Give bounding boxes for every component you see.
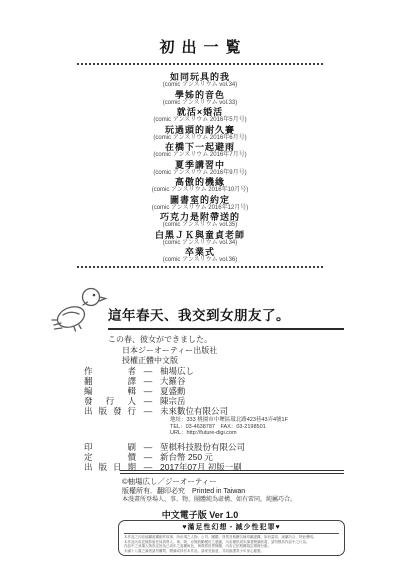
book-title-japanese: この春、彼女ができました。 (108, 334, 344, 345)
rights-line: 版權所有．翻印必究 Printed in Taiwan (122, 487, 296, 497)
entry-source: (comic アンスリウム 2016年6月号) (0, 135, 400, 142)
notice-text-line: 本作品之內容純屬虛構創作故事，所出現之人物、公司、團體、背景及相關名稱均屬虛構，… (124, 535, 339, 540)
entry-source: (comic アンスリウム vol.34) (0, 240, 400, 247)
entry-title: 在橋下一起避雨 (0, 142, 400, 152)
list-item: 白黑ＪＫ與童貞老師 (comic アンスリウム vol.34) (0, 230, 400, 247)
credits-table: 作 者―柚場広し 翻 譯―大羅谷 編 輯―夏盛勳 發行人―陳宗岳 出版發行―未來… (84, 366, 288, 472)
entry-source: (comic アンスリウム 2016年9月号) (0, 170, 400, 177)
credit-separator: ― (136, 396, 160, 406)
credit-value: 陳宗岳 (160, 396, 186, 406)
list-item: 如同玩具的我 (comic アンスリウム vol.34) (0, 72, 400, 89)
dotted-divider-top (77, 63, 323, 65)
entry-title: 玩過頭的耐久賽 (0, 125, 400, 135)
entry-source: (comic アンスリウム vol.35) (0, 222, 400, 229)
entry-source: (comic アンスリウム vol.36) (0, 257, 400, 264)
entry-source: (comic アンスリウム 2016年12月号) (0, 205, 400, 212)
credit-row-editor: 編 輯―夏盛勳 (84, 386, 288, 396)
license-note: 授權正體中文版 (122, 356, 217, 366)
list-item: 在橋下一起避雨 (comic アンスリウム 2016年7月号) (0, 142, 400, 159)
list-item: 圖書室的約定 (comic アンスリウム 2016年12月号) (0, 195, 400, 212)
credit-row-author: 作 者―柚場広し (84, 366, 288, 376)
credit-row-issuer: 發行人―陳宗岳 (84, 396, 288, 406)
credit-value: 新台幣 250 元 (160, 452, 213, 462)
dotted-divider-bottom (77, 266, 323, 268)
title-underline (108, 328, 344, 330)
entry-title: 白黑ＪＫ與童貞老師 (0, 230, 400, 240)
first-publication-section: 初出一覧 如同玩具的我 (comic アンスリウム vol.34) 學姊的音色 … (0, 36, 400, 265)
credit-value: 夏盛勳 (160, 386, 186, 396)
list-item: 卒業式 (comic アンスリウム vol.36) (0, 247, 400, 264)
credit-separator: ― (136, 442, 160, 452)
legal-block: ©柚場広し／ジーオーティー 版權所有．翻印必究 Printed in Taiwa… (122, 477, 296, 504)
colophon-page: 初出一覧 如同玩具的我 (comic アンスリウム vol.34) 學姊的音色 … (0, 0, 400, 561)
publisher-url: URL：http://future-digi.com (170, 430, 288, 437)
list-item: 就活×婚活 (comic アンスリウム 2016年5月号) (0, 107, 400, 124)
credit-value: 柚場広し (160, 366, 194, 376)
credit-label: 印 刷 (84, 442, 136, 452)
credit-label: 翻 譯 (84, 376, 136, 386)
entry-title: 如同玩具的我 (0, 72, 400, 82)
credit-label: 發行人 (84, 396, 136, 406)
notice-text-line: 未滿十八歲之讀者請勿購買、閱讀或持有本作品，請家長留意，共同維護青少年身心健康。 (124, 549, 339, 554)
entry-title: 夏季講習中 (0, 160, 400, 170)
entry-title: 高傲的機緣 (0, 177, 400, 187)
credit-separator: ― (136, 366, 160, 376)
entry-title: 卒業式 (0, 247, 400, 257)
credit-row-price: 定 價―新台幣 250 元 (84, 452, 288, 462)
credit-value: 未來數位有限公司 (160, 406, 228, 416)
notice-box: ♥滿足性幻想・減少性犯罪♥ 本作品之內容純屬虛構創作故事，所出現之人物、公司、團… (118, 520, 345, 556)
credit-row-printer: 印 刷―堃棋科技股份有限公司 (84, 442, 288, 452)
entry-title: 巧克力是附帶送的 (0, 212, 400, 222)
credit-label: 出版發行 (84, 406, 136, 416)
double-rule-divider (120, 470, 344, 474)
bird-doodle-icon (50, 284, 110, 341)
publisher-address: 地址：333 桃園市中壢區環北路423巷43弄4號1F (170, 417, 288, 424)
entry-source: (comic アンスリウム 2016年10月号) (0, 187, 400, 194)
entry-source: (comic アンスリウム vol.34) (0, 82, 400, 89)
list-item: 學姊的音色 (comic アンスリウム vol.33) (0, 90, 400, 107)
entry-source: (comic アンスリウム vol.33) (0, 100, 400, 107)
credit-separator: ― (136, 452, 160, 462)
credit-label: 定 價 (84, 452, 136, 462)
notice-header: ♥滿足性幻想・減少性犯罪♥ (124, 522, 339, 534)
entry-title: 學姊的音色 (0, 90, 400, 100)
copyright-line: ©柚場広し／ジーオーティー (122, 477, 296, 487)
list-item: 巧克力是附帶送的 (comic アンスリウム vol.35) (0, 212, 400, 229)
entry-title: 就活×婚活 (0, 107, 400, 117)
entry-source: (comic アンスリウム 2016年5月号) (0, 117, 400, 124)
publisher-details: 地址：333 桃園市中壢區環北路423巷43弄4號1F TEL：03-46387… (170, 417, 288, 437)
credit-label: 作 者 (84, 366, 136, 376)
entry-source: (comic アンスリウム 2016年7月号) (0, 152, 400, 159)
credit-label: 編 輯 (84, 386, 136, 396)
book-title-block: 這年春天、我交到女朋友了。 この春、彼女ができました。 (108, 304, 344, 345)
origin-publisher: 日本ジーオーティー出版社 (122, 346, 217, 356)
list-item: 高傲的機緣 (comic アンスリウム 2016年10月号) (0, 177, 400, 194)
publisher-tel-fax: TEL：03-4638787 FAX：03-2198501 (170, 424, 288, 431)
credit-separator: ― (136, 376, 160, 386)
list-item: 夏季講習中 (comic アンスリウム 2016年9月号) (0, 160, 400, 177)
credit-separator: ― (136, 406, 160, 416)
publisher-info: 日本ジーオーティー出版社 授權正體中文版 (122, 346, 217, 365)
book-title: 這年春天、我交到女朋友了。 (108, 304, 344, 324)
credit-value: 堃棋科技股份有限公司 (160, 442, 245, 452)
credit-value: 大羅谷 (160, 376, 186, 386)
entry-title: 圖書室的約定 (0, 195, 400, 205)
first-publication-heading: 初出一覧 (0, 36, 400, 57)
credit-separator: ― (136, 386, 160, 396)
credit-row-translator: 翻 譯―大羅谷 (84, 376, 288, 386)
list-item: 玩過頭的耐久賽 (comic アンスリウム 2016年6月号) (0, 125, 400, 142)
credit-row-publisher: 出版發行―未來數位有限公司 (84, 406, 288, 416)
disclaimer-line: 本漫畫所登場人、事、物、團體純為虛構，如有雷同，純屬巧合。 (122, 496, 296, 504)
